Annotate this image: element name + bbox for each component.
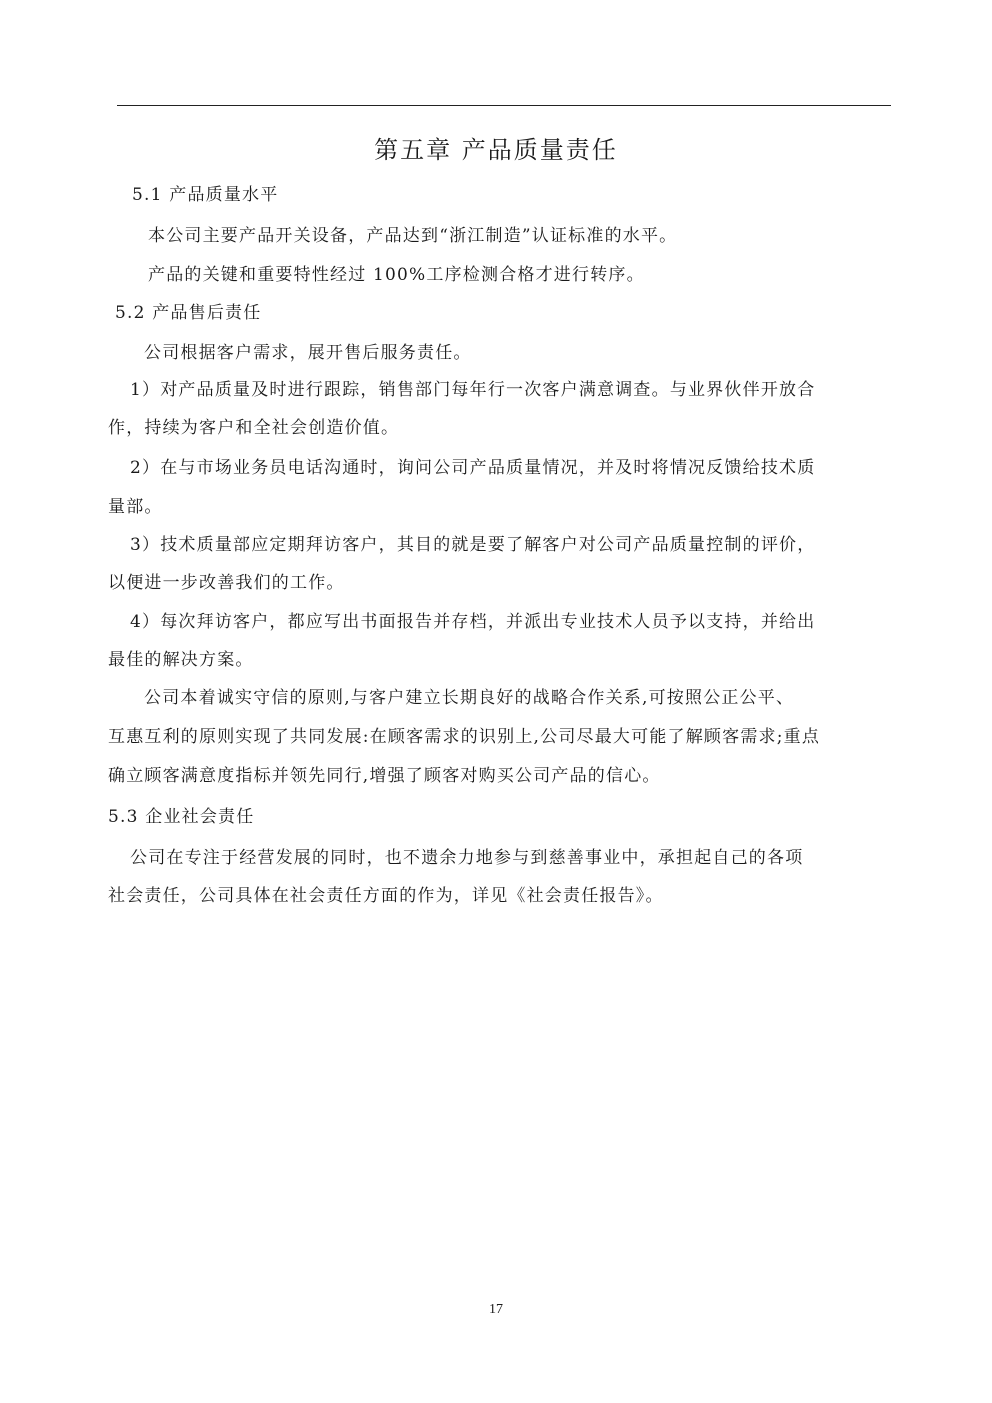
paragraph-line: 2）在与市场业务员电话沟通时，询问公司产品质量情况，并及时将情况反馈给技术质 <box>130 456 815 480</box>
chapter-title: 第五章 产品质量责任 <box>0 130 992 165</box>
paragraph-line: 确立顾客满意度指标并领先同行,增强了顾客对购买公司产品的信心。 <box>108 764 661 788</box>
section-heading-5-1: 5.1 产品质量水平 <box>132 183 278 207</box>
paragraph-line: 产品的关键和重要特性经过 100%工序检测合格才进行转序。 <box>148 263 645 287</box>
paragraph-line: 公司根据客户需求，展开售后服务责任。 <box>144 341 472 365</box>
section-heading-5-2: 5.2 产品售后责任 <box>115 301 261 325</box>
paragraph-line: 公司本着诚实守信的原则,与客户建立长期良好的战略合作关系,可按照公正公平、 <box>144 686 794 710</box>
paragraph-line: 3）技术质量部应定期拜访客户，其目的就是要了解客户对公司产品质量控制的评价， <box>130 533 815 557</box>
header-rule <box>117 105 891 106</box>
paragraph-line: 作，持续为客户和全社会创造价值。 <box>108 416 399 440</box>
paragraph-line: 量部。 <box>108 495 163 519</box>
paragraph-line: 4）每次拜访客户，都应写出书面报告并存档，并派出专业技术人员予以支持，并给出 <box>130 610 815 634</box>
section-heading-5-3: 5.3 企业社会责任 <box>108 805 254 829</box>
paragraph-line: 1）对产品质量及时进行跟踪，销售部门每年行一次客户满意调查。与业界伙伴开放合 <box>130 378 815 402</box>
page-number: 17 <box>0 1302 992 1318</box>
paragraph-line: 公司在专注于经营发展的同时，也不遗余力地参与到慈善事业中，承担起自己的各项 <box>130 846 803 870</box>
paragraph-line: 互惠互利的原则实现了共同发展:在顾客需求的识别上,公司尽最大可能了解顾客需求;重… <box>108 725 820 749</box>
paragraph-line: 社会责任，公司具体在社会责任方面的作为，详见《社会责任报告》。 <box>108 884 664 908</box>
paragraph-line: 最佳的解决方案。 <box>108 648 254 672</box>
paragraph-line: 本公司主要产品开关设备，产品达到“浙江制造”认证标准的水平。 <box>148 224 677 248</box>
paragraph-line: 以便进一步改善我们的工作。 <box>108 571 345 595</box>
